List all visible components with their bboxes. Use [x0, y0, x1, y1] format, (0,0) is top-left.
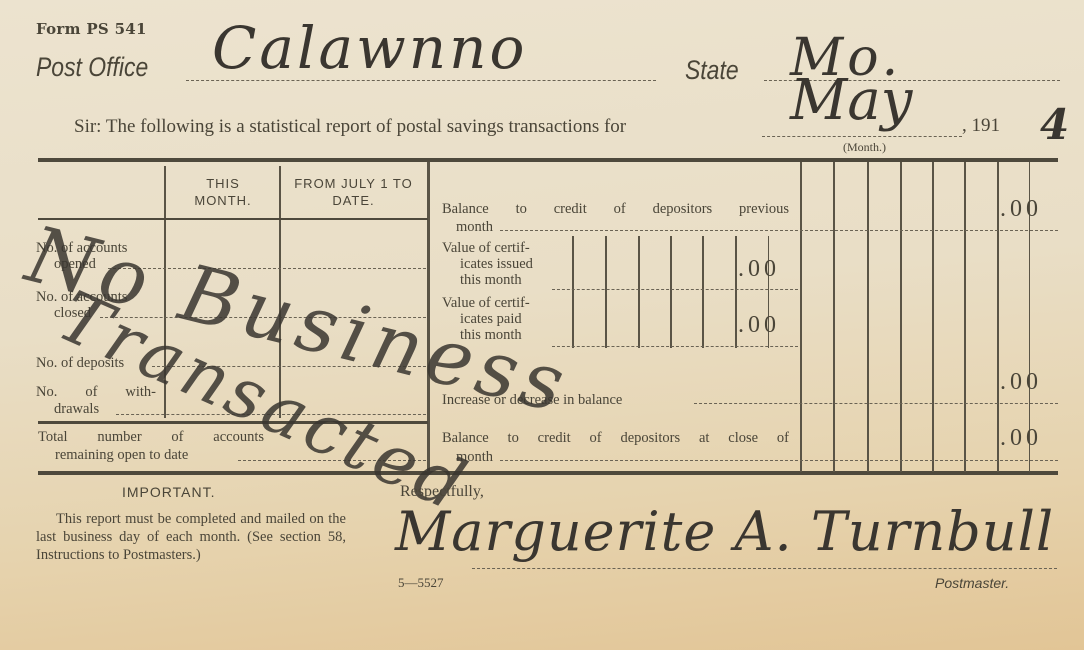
balance-previous-field[interactable] — [500, 230, 1058, 231]
year-suffix-field[interactable]: 4 — [1040, 100, 1069, 149]
certificates-issued-cents: .00 — [738, 256, 780, 283]
state-label: State — [685, 55, 739, 86]
form-id: Form PS 541 — [36, 20, 147, 38]
postmaster-signature[interactable]: Marguerite A. Turnbull — [395, 500, 1054, 563]
row-label-withdrawals-line2: drawals — [54, 401, 99, 417]
balance-close-cents: .00 — [1000, 425, 1042, 452]
cert-col-line — [735, 236, 737, 348]
cert-col-line — [702, 236, 704, 348]
balance-previous-label-line2: month — [456, 219, 493, 235]
balance-close-field[interactable] — [500, 460, 1058, 461]
postmaster-label: Postmaster. — [935, 575, 1009, 591]
money-col-line — [932, 162, 934, 472]
form-number: 5—5527 — [398, 575, 444, 591]
balance-close-label: Balance to credit of depositors at close… — [442, 430, 789, 446]
month-field-line — [762, 136, 962, 137]
row-label-line: Value of certif- — [442, 295, 530, 311]
balance-previous-cents: .00 — [1000, 196, 1042, 223]
important-heading: IMPORTANT. — [122, 484, 216, 500]
report-intro-text: Sir: The following is a statistical repo… — [74, 116, 626, 138]
certificates-issued-field[interactable] — [552, 289, 798, 290]
cert-col-line — [605, 236, 607, 348]
money-col-line — [997, 162, 999, 472]
certificates-paid-field[interactable] — [552, 346, 798, 347]
increase-decrease-cents: .00 — [1000, 369, 1042, 396]
month-field[interactable]: May — [790, 68, 912, 133]
post-office-label: Post Office — [36, 52, 148, 83]
row-label-line: icates issued — [442, 256, 533, 272]
money-col-line — [833, 162, 835, 472]
cert-col-line — [572, 236, 574, 348]
table-bottom-rule — [38, 471, 1058, 475]
certificates-paid-cents: .00 — [738, 312, 780, 339]
table-top-rule — [38, 158, 1058, 162]
cert-col-line — [670, 236, 672, 348]
total-accounts-label-line2: remaining open to date — [55, 447, 188, 463]
respectfully-label: Respectfully, — [400, 483, 484, 501]
col-header-from-july: FROM JULY 1 TO DATE. — [286, 175, 421, 209]
row-label-line: Value of certif- — [442, 240, 533, 256]
balance-previous-label: Balance to credit of depositors previous — [442, 201, 789, 217]
certificates-issued-label: Value of certif- icates issued this mont… — [442, 240, 533, 288]
important-body: This report must be completed and mailed… — [36, 510, 346, 564]
money-col-line — [800, 162, 802, 472]
money-col-line — [964, 162, 966, 472]
row-label-line: this month — [442, 272, 533, 288]
month-caption: (Month.) — [843, 140, 886, 155]
money-col-line — [867, 162, 869, 472]
left-header-rule — [38, 218, 428, 220]
increase-decrease-field[interactable] — [694, 403, 1058, 404]
cert-col-line — [638, 236, 640, 348]
year-prefix: , 191 — [962, 115, 1000, 137]
col-header-this-month: THIS MONTH. — [188, 175, 258, 209]
money-col-line — [900, 162, 902, 472]
post-office-field[interactable]: Calawnno — [212, 14, 527, 82]
signature-line — [472, 568, 1057, 569]
